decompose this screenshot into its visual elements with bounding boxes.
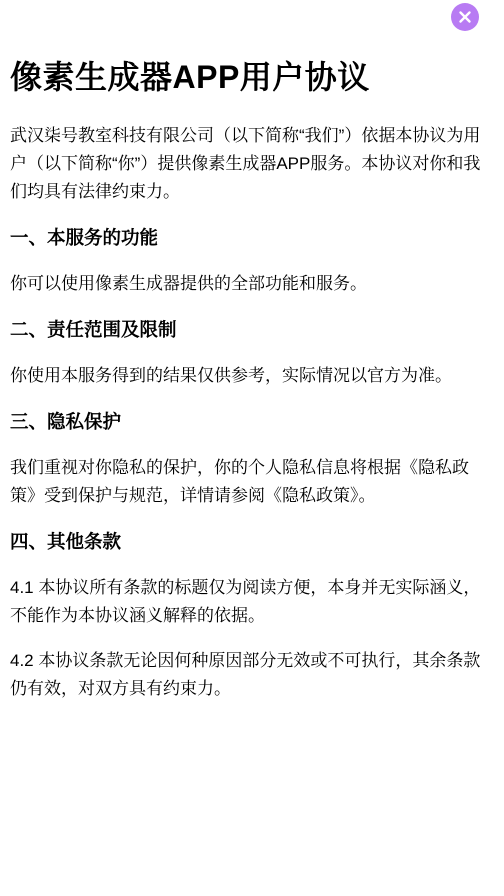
section-liability-limits: 二、责任范围及限制 你使用本服务得到的结果仅供参考，实际情况以官方为准。 (10, 317, 494, 390)
page-title: 像素生成器APP用户协议 (10, 58, 494, 96)
section-paragraph: 你使用本服务得到的结果仅供参考，实际情况以官方为准。 (10, 362, 494, 390)
user-agreement-page: 像素生成器APP用户协议 武汉柒号教室科技有限公司（以下简称“我们”）依据本协议… (0, 0, 504, 896)
section-paragraph: 你可以使用像素生成器提供的全部功能和服务。 (10, 270, 494, 298)
section-paragraph: 4.2 本协议条款无论因何种原因部分无效或不可执行，其余条款仍有效，对双方具有约… (10, 647, 494, 703)
section-heading: 一、本服务的功能 (10, 225, 494, 251)
section-paragraph: 我们重视对你隐私的保护，你的个人隐私信息将根据《隐私政策》受到保护与规范，详情请… (10, 454, 494, 510)
section-service-functions: 一、本服务的功能 你可以使用像素生成器提供的全部功能和服务。 (10, 225, 494, 298)
section-privacy: 三、隐私保护 我们重视对你隐私的保护，你的个人隐私信息将根据《隐私政策》受到保护… (10, 409, 494, 510)
section-paragraph: 4.1 本协议所有条款的标题仅为阅读方便，本身并无实际涵义，不能作为本协议涵义解… (10, 574, 494, 630)
intro-paragraph: 武汉柒号教室科技有限公司（以下简称“我们”）依据本协议为用户（以下简称“你”）提… (10, 122, 494, 206)
section-other-terms: 四、其他条款 4.1 本协议所有条款的标题仅为阅读方便，本身并无实际涵义，不能作… (10, 529, 494, 703)
section-heading: 三、隐私保护 (10, 409, 494, 435)
section-heading: 二、责任范围及限制 (10, 317, 494, 343)
section-heading: 四、其他条款 (10, 529, 494, 555)
close-button[interactable] (451, 3, 479, 31)
close-icon (458, 10, 472, 24)
header-row (10, 0, 494, 34)
